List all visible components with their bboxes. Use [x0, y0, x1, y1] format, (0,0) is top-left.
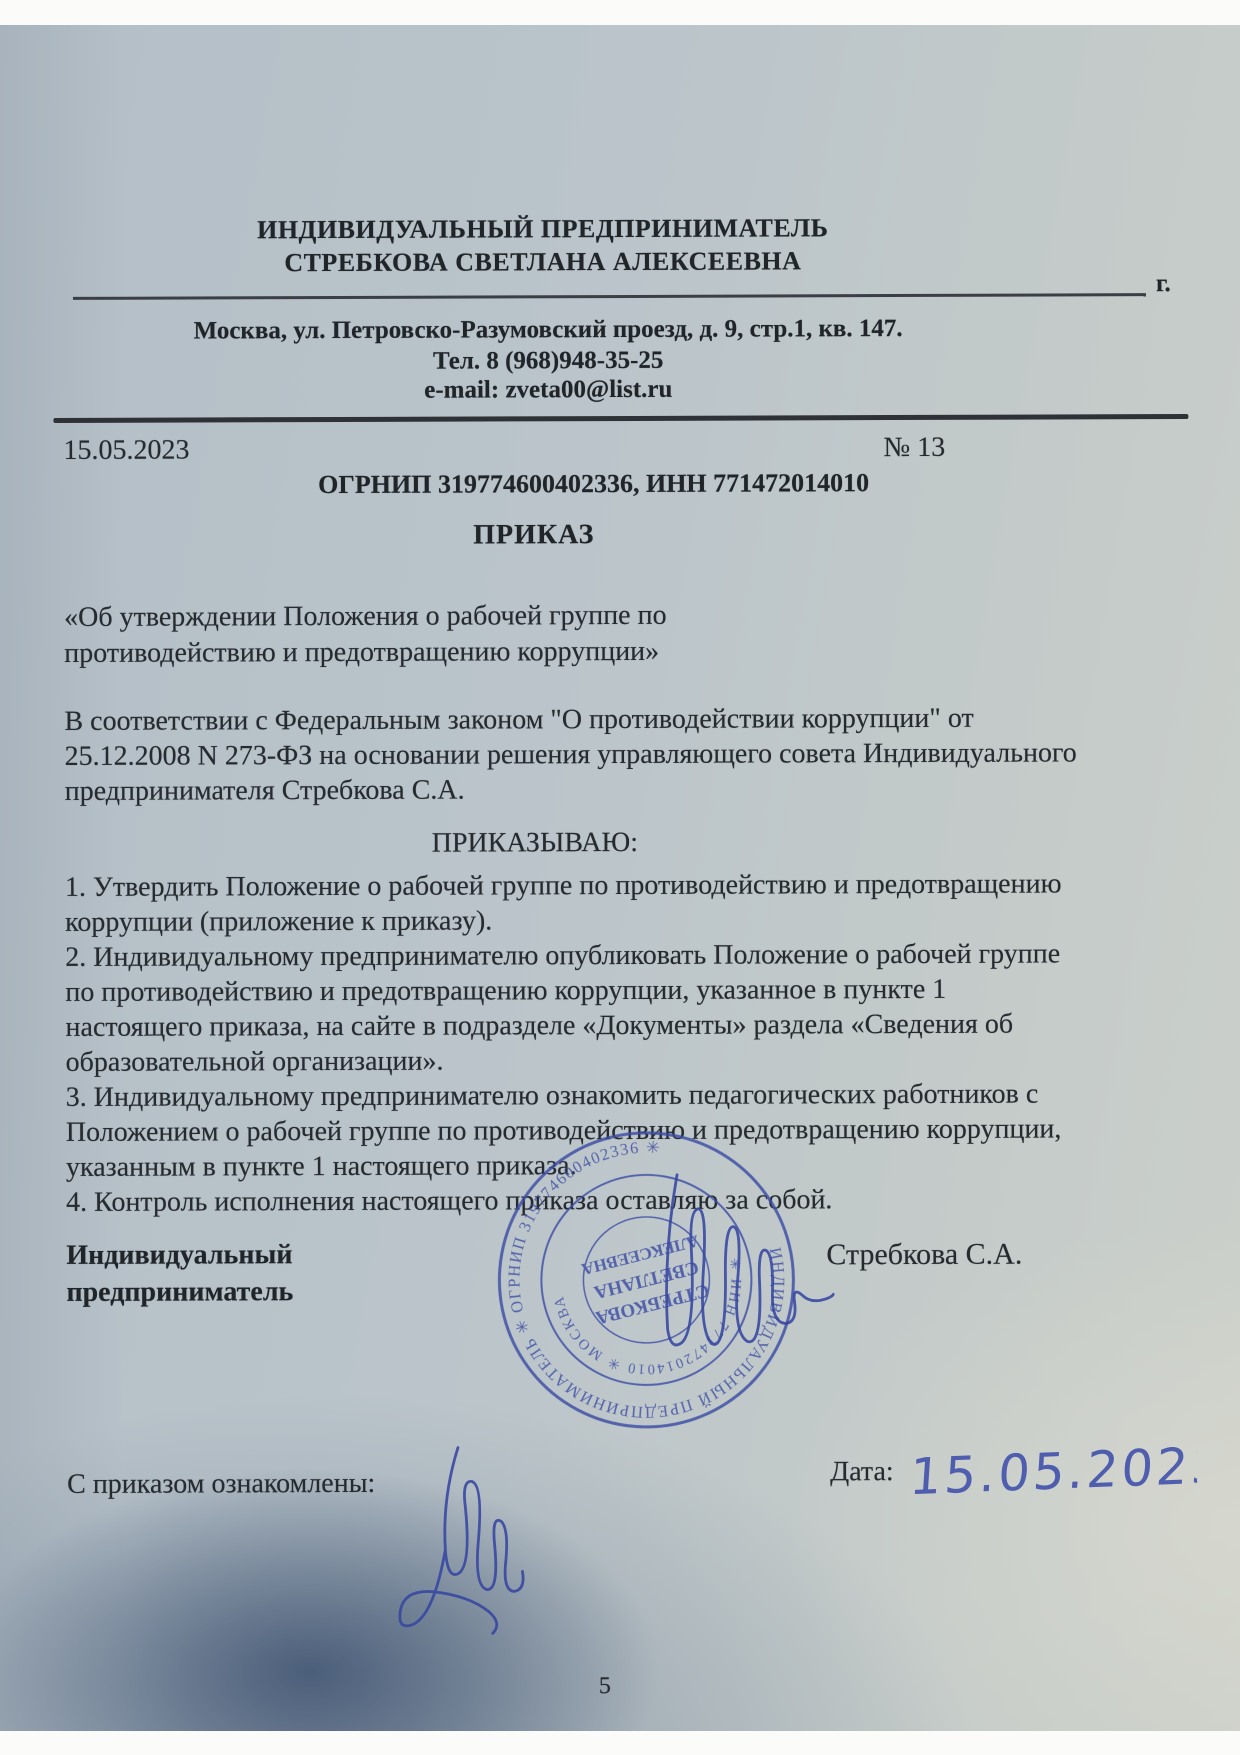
svg-text:15.05.2023: 15.05.2023 [908, 1435, 1197, 1506]
signatory-role-line-1: Индивидуальный [66, 1239, 292, 1272]
signature-acknowledged [388, 1439, 549, 1645]
order-item-line: 3. Индивидуальному предпринимателю ознак… [66, 1079, 1039, 1114]
page-title: ПРИКАЗ [64, 518, 1004, 553]
page-number: 5 [3, 1671, 1207, 1702]
order-item-line: настоящего приказа, на сайте в подраздел… [65, 1009, 1013, 1044]
order-item-line: 1. Утвердить Положение о рабочей группе … [65, 868, 1062, 903]
date-label: Дата: [830, 1456, 894, 1488]
order-item-line: образовательной организации». [66, 1046, 444, 1079]
letterhead-org-type: ИНДИВИДУАЛЬНЫЙ ПРЕДПРИНИМАТЕЛЬ [63, 213, 1023, 246]
order-number: № 13 [883, 432, 945, 464]
signatory-name: Стребкова С.А. [826, 1238, 1022, 1273]
subject-line-1: «Об утверждении Положения о рабочей груп… [64, 600, 667, 634]
signature-entrepreneur [649, 1152, 835, 1368]
resolution-word: ПРИКАЗЫВАЮ: [65, 826, 1005, 861]
signatory-role-line-2: предприниматель [66, 1276, 293, 1309]
letterhead-owner-name: СТРЕБКОВА СВЕТЛАНА АЛЕКСЕЕВНА [63, 246, 1023, 279]
order-item-line: Положением о рабочей группе по противоде… [66, 1113, 1062, 1148]
order-item-line: коррупции (приложение к приказу). [65, 905, 492, 938]
subject-line-2: противодействию и предотвращению коррупц… [64, 636, 659, 670]
scanned-document: ИНДИВИДУАЛЬНЫЙ ПРЕДПРИНИМАТЕЛЬ СТРЕБКОВА… [0, 0, 1240, 1755]
registration-line: ОГРНИП 319774600402336, ИНН 771472014010 [64, 467, 1124, 501]
paper-sheet: ИНДИВИДУАЛЬНЫЙ ПРЕДПРИНИМАТЕЛЬ СТРЕБКОВА… [0, 25, 1240, 1731]
handwritten-date: 15.05.2023 [907, 1431, 1197, 1532]
order-item-line: 2. Индивидуальному предпринимателю опубл… [65, 938, 1060, 973]
intro-line-1: В соответствии с Федеральным законом "О … [64, 703, 973, 738]
intro-line-2: 25.12.2008 N 273-ФЗ на основании решения… [65, 737, 1077, 773]
letterhead-phone: Тел. 8 (968)948-35-25 [63, 346, 1033, 377]
header-divider [53, 414, 1188, 423]
intro-line-3: предпринимателя Стребкова С.А. [65, 775, 465, 808]
order-date: 15.05.2023 [63, 435, 189, 467]
letterhead-year-suffix: г. [1156, 270, 1171, 298]
letterhead-email: e-mail: zveta00@list.ru [63, 375, 1033, 406]
letterhead-address: Москва, ул. Петровско-Разумовский проезд… [63, 315, 1033, 346]
acknowledgement-label: С приказом ознакомлены: [67, 1468, 375, 1501]
letterhead-underline [73, 293, 1146, 300]
order-item-line: по противодействию и предотвращению корр… [65, 974, 946, 1009]
